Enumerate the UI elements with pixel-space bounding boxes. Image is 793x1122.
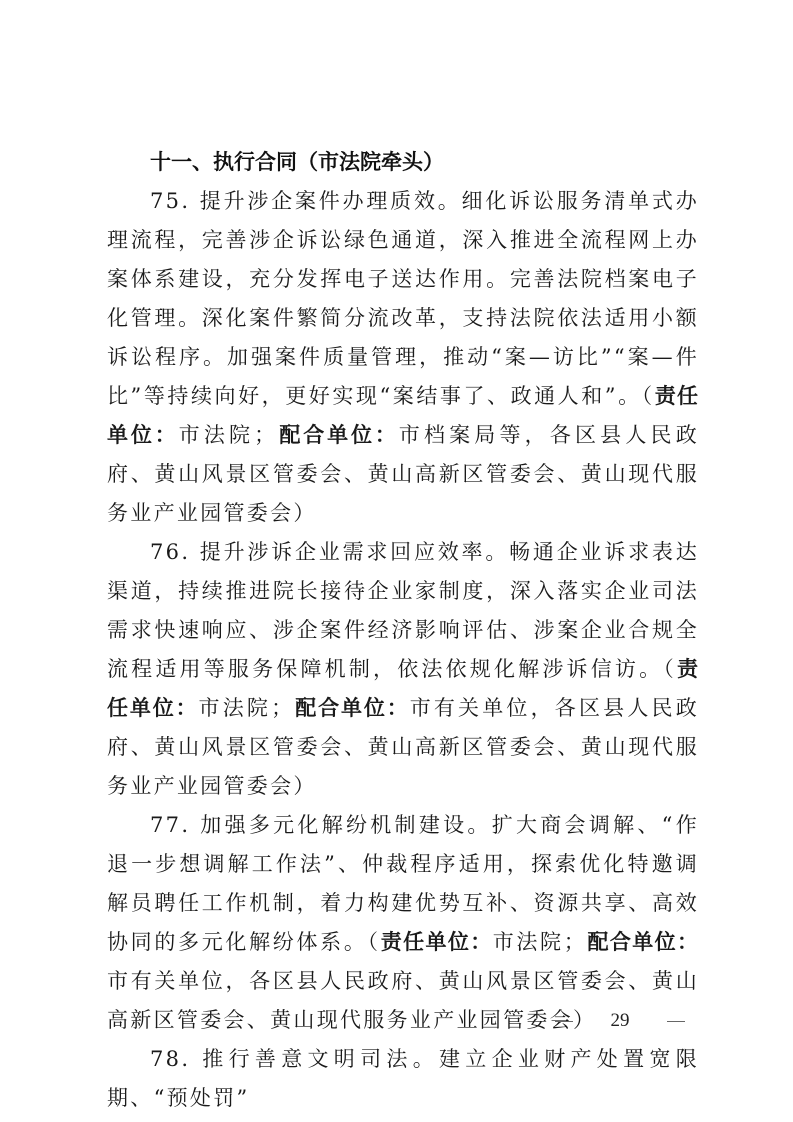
responsible-unit: 市法院；	[493, 930, 587, 954]
item-title: 提升涉企案件办理质效。	[200, 189, 462, 213]
item-title: 加强多元化解纷机制建设。	[200, 813, 491, 837]
document-page: 十一、执行合同（市法院牵头） 75. 提升涉企案件办理质效。细化诉讼服务清单式办…	[107, 143, 699, 1118]
section-heading: 十一、执行合同（市法院牵头）	[107, 143, 699, 182]
item-75: 75. 提升涉企案件办理质效。细化诉讼服务清单式办理流程，完善涉企诉讼绿色通道，…	[107, 182, 699, 533]
cooperating-label: 配合单位：	[294, 696, 409, 720]
item-title: 提升涉诉企业需求回应效率。	[200, 540, 509, 564]
item-77: 77. 加强多元化解纷机制建设。扩大商会调解、“作退一步想调解工作法”、仲裁程序…	[107, 806, 699, 1040]
page-footer: 29	[555, 1010, 685, 1032]
item-number: 76.	[150, 540, 190, 564]
item-body: 细化诉讼服务清单式办理流程，完善涉企诉讼绿色通道，深入推进全流程网上办案体系建设…	[107, 189, 699, 408]
footer-dash-right	[667, 1021, 685, 1022]
footer-dash-left	[555, 1021, 573, 1022]
item-title: 推行善意文明司法。	[202, 1047, 439, 1071]
cooperating-label: 配合单位：	[587, 930, 699, 954]
responsible-unit: 市法院；	[179, 423, 278, 447]
item-number: 78.	[150, 1047, 190, 1071]
item-76: 76. 提升涉诉企业需求回应效率。畅通企业诉求表达渠道，持续推进院长接待企业家制…	[107, 533, 699, 806]
responsible-label: 责任单位：	[381, 930, 493, 954]
item-number: 77.	[150, 813, 190, 837]
page-number: 29	[611, 1010, 630, 1032]
item-number: 75.	[150, 189, 190, 213]
responsible-unit: 市法院；	[199, 696, 295, 720]
cooperating-label: 配合单位：	[277, 423, 398, 447]
item-78: 78. 推行善意文明司法。建立企业财产处置宽限期、“预处罚”	[107, 1040, 699, 1118]
